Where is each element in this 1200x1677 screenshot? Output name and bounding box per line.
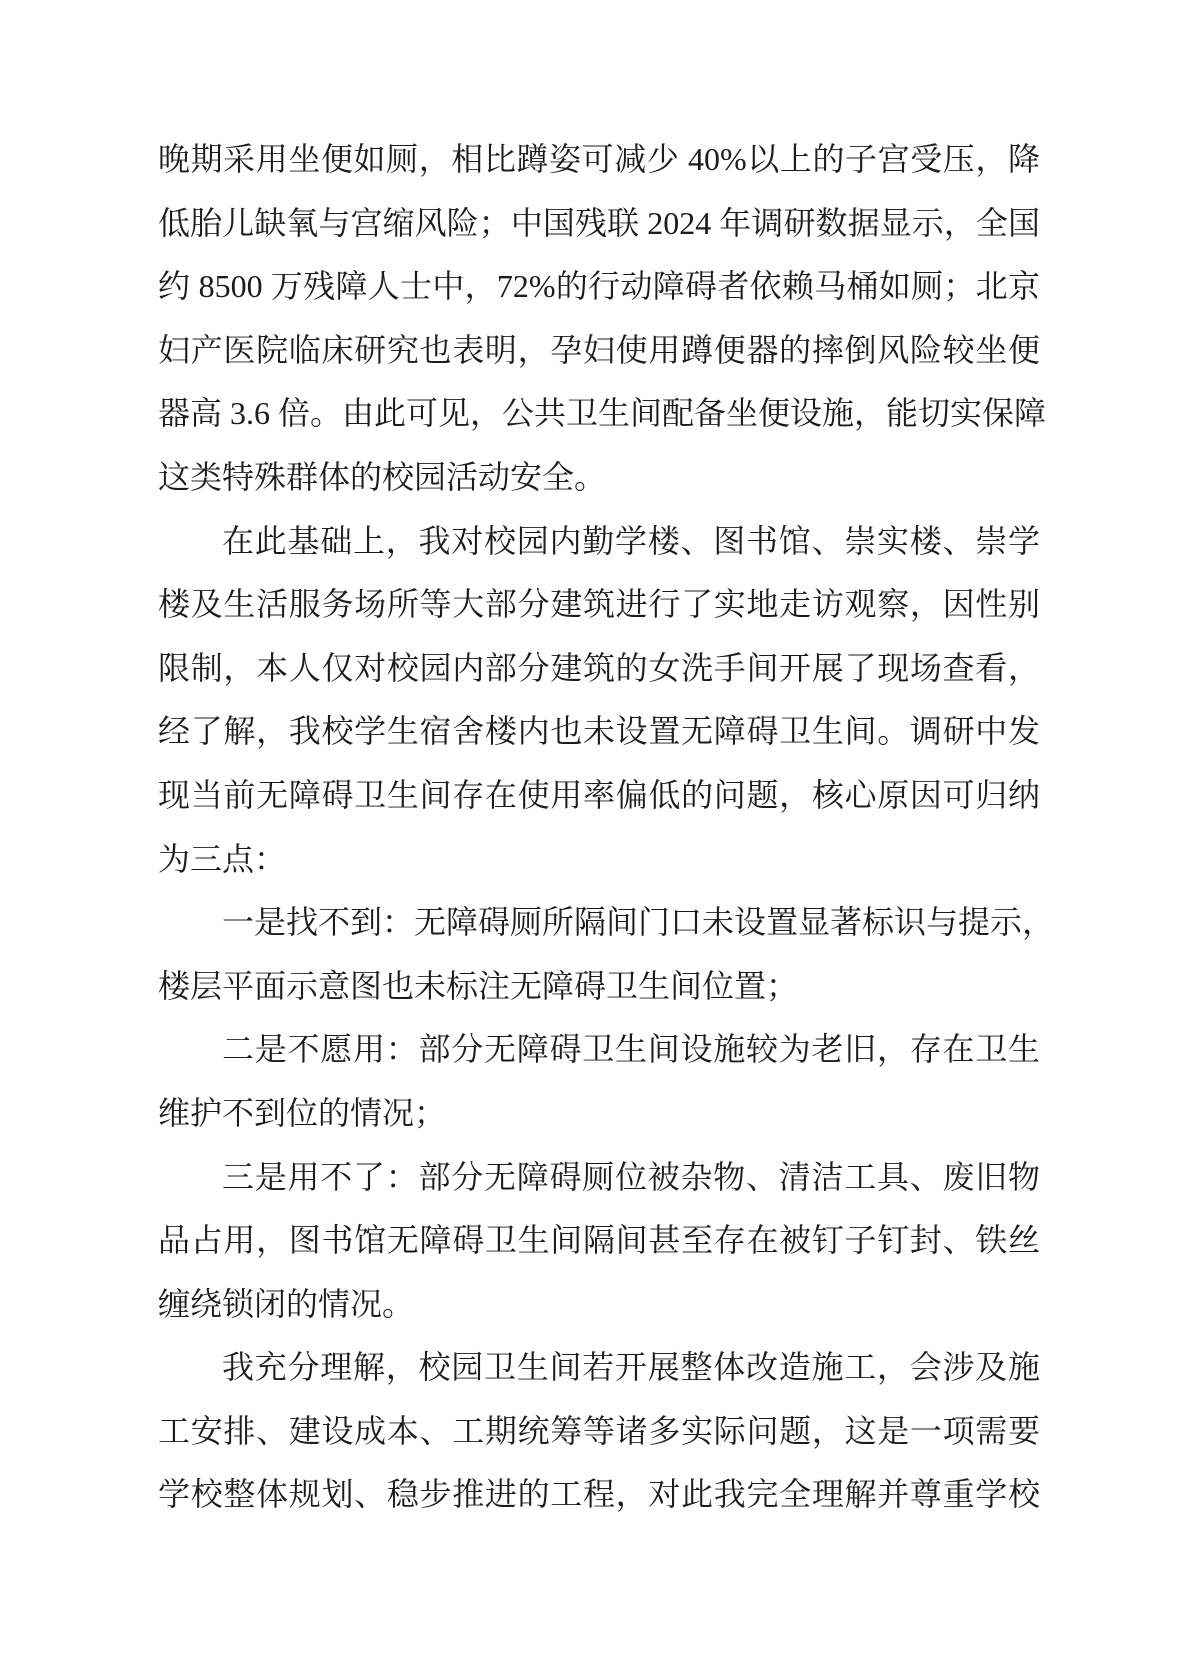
- text-line: 这类特殊群体的校园活动安全。: [158, 446, 1040, 510]
- text-line: 缠绕锁闭的情况。: [158, 1273, 1040, 1337]
- text-line: 品占用，图书馆无障碍卫生间隔间甚至存在被钉子钉封、铁丝: [158, 1209, 1040, 1273]
- text-line: 一是找不到：无障碍厕所隔间门口未设置显著标识与提示，: [158, 891, 1040, 955]
- text-line: 现当前无障碍卫生间存在使用率偏低的问题，核心原因可归纳: [158, 764, 1040, 828]
- text-line: 经了解，我校学生宿舍楼内也未设置无障碍卫生间。调研中发: [158, 700, 1040, 764]
- paragraph: 我充分理解，校园卫生间若开展整体改造施工，会涉及施工安排、建设成本、工期统筹等诸…: [158, 1336, 1040, 1527]
- text-line: 器高 3.6 倍。由此可见，公共卫生间配备坐便设施，能切实保障: [158, 382, 1040, 446]
- text-line: 楼层平面示意图也未标注无障碍卫生间位置；: [158, 955, 1040, 1019]
- text-line: 低胎儿缺氧与宫缩风险；中国残联 2024 年调研数据显示，全国: [158, 192, 1040, 256]
- text-line: 限制，本人仅对校园内部分建筑的女洗手间开展了现场查看，: [158, 637, 1040, 701]
- text-body: 晚期采用坐便如厕，相比蹲姿可减少 40%以上的子宫受压，降低胎儿缺氧与宫缩风险；…: [158, 128, 1040, 1527]
- text-line: 我充分理解，校园卫生间若开展整体改造施工，会涉及施: [158, 1336, 1040, 1400]
- text-line: 在此基础上，我对校园内勤学楼、图书馆、崇实楼、崇学: [158, 510, 1040, 574]
- text-line: 二是不愿用：部分无障碍卫生间设施较为老旧，存在卫生: [158, 1018, 1040, 1082]
- text-line: 楼及生活服务场所等大部分建筑进行了实地走访观察，因性别: [158, 573, 1040, 637]
- text-line: 约 8500 万残障人士中，72%的行动障碍者依赖马桶如厕；北京: [158, 255, 1040, 319]
- text-line: 妇产医院临床研究也表明，孕妇使用蹲便器的摔倒风险较坐便: [158, 319, 1040, 383]
- paragraph: 晚期采用坐便如厕，相比蹲姿可减少 40%以上的子宫受压，降低胎儿缺氧与宫缩风险；…: [158, 128, 1040, 510]
- paragraph: 三是用不了：部分无障碍厕位被杂物、清洁工具、废旧物品占用，图书馆无障碍卫生间隔间…: [158, 1146, 1040, 1337]
- paragraph: 一是找不到：无障碍厕所隔间门口未设置显著标识与提示，楼层平面示意图也未标注无障碍…: [158, 891, 1040, 1018]
- text-line: 晚期采用坐便如厕，相比蹲姿可减少 40%以上的子宫受压，降: [158, 128, 1040, 192]
- paragraph: 二是不愿用：部分无障碍卫生间设施较为老旧，存在卫生维护不到位的情况；: [158, 1018, 1040, 1145]
- paragraph: 在此基础上，我对校园内勤学楼、图书馆、崇实楼、崇学楼及生活服务场所等大部分建筑进…: [158, 510, 1040, 892]
- text-line: 维护不到位的情况；: [158, 1082, 1040, 1146]
- document-page: 晚期采用坐便如厕，相比蹲姿可减少 40%以上的子宫受压，降低胎儿缺氧与宫缩风险；…: [0, 0, 1200, 1677]
- text-line: 学校整体规划、稳步推进的工程，对此我完全理解并尊重学校: [158, 1463, 1040, 1527]
- text-line: 为三点：: [158, 828, 1040, 892]
- text-line: 工安排、建设成本、工期统筹等诸多实际问题，这是一项需要: [158, 1400, 1040, 1464]
- text-line: 三是用不了：部分无障碍厕位被杂物、清洁工具、废旧物: [158, 1146, 1040, 1210]
